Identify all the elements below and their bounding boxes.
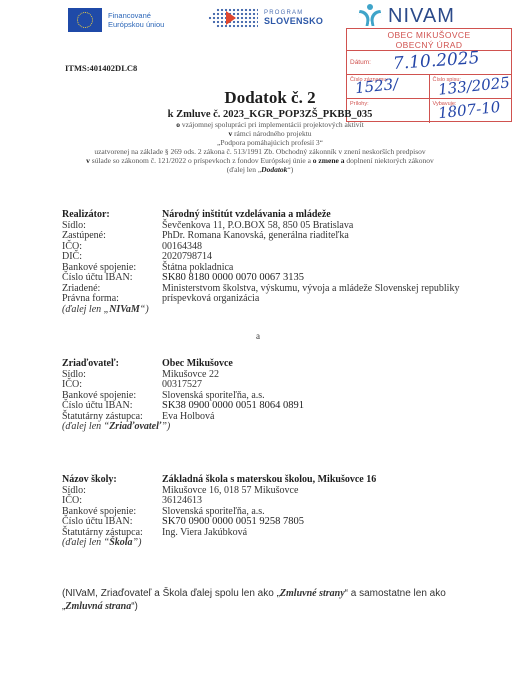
party-row: DIČ:2020798714 [62,252,459,263]
party-row-value: 2020798714 [162,252,212,263]
title-line-2: v rámci národného projektu [20,129,520,138]
party-row-value: PhDr. Romana Kanovská, generálna riadite… [162,231,349,242]
title-line-4: uzatvorenej na základe § 269 ods. 2 záko… [0,147,520,156]
party-heading-value: Základná škola s materskou školou, Mikuš… [162,475,376,486]
party-row-value: SK80 8180 0000 0070 0067 3135 [162,273,304,284]
eu-funding-logo: Financované Európskou úniou [68,8,164,32]
party-zriadovatel: Zriaďovateľ:Obec Mikušovce Sídlo:Mikušov… [62,359,304,433]
party-row-label: IČO: [62,496,162,507]
eu-flag-icon [68,8,102,32]
party-row: Číslo účtu IBAN:SK80 8180 0000 0070 0067… [62,273,459,284]
party-row: Sídlo:Mikušovce 16, 018 57 Mikušovce [62,486,376,497]
stamp-date-value: 7.10.2025 [392,48,480,74]
party-row-label: Číslo účtu IBAN: [62,401,162,412]
party-alias: (ďalej len “Zriaďovateľ”) [62,422,304,433]
title-line-5: v súlade so zákonom č. 121/2022 o príspe… [0,156,520,165]
program-logo-line2: SLOVENSKO [264,16,323,26]
nivam-logo-text: NIVAM [388,5,455,28]
party-row-value: SK38 0900 0000 0051 8064 0891 [162,401,304,412]
party-row-value: 00317527 [162,380,202,391]
stamp-org-line2: OBECNÝ ÚRAD [347,40,511,50]
party-row: Číslo účtu IBAN:SK38 0900 0000 0051 8064… [62,401,304,412]
party-row-value: Ing. Viera Jakúbková [162,528,247,539]
party-row-label: Číslo účtu IBAN: [62,517,162,528]
party-row: Číslo účtu IBAN:SK70 0900 0000 0051 9258… [62,517,376,528]
party-heading-key: Realizátor: [62,210,162,221]
party-heading-key: Názov školy: [62,475,162,486]
party-row: Právna forma:príspevková organizácia [62,294,459,305]
stamp-date-label: Dátum: [350,59,371,66]
party-heading-value: Národný inštitút vzdelávania a mládeže [162,210,331,221]
conjunction: a [256,331,260,341]
party-alias: (ďalej len „NIVaM“) [62,305,459,316]
party-row-label: Zastúpené: [62,231,162,242]
party-row: Zastúpené:PhDr. Romana Kanovská, generál… [62,231,459,242]
party-row: IČO:36124613 [62,496,376,507]
title-block: Dodatok č. 2 k Zmluve č. 2023_KGR_POP3ZŠ… [0,88,520,174]
party-row-label: Číslo účtu IBAN: [62,273,162,284]
party-row-value: 36124613 [162,496,202,507]
party-row: Zriadené:Ministerstvom školstva, výskumu… [62,284,459,295]
title-line-1: o vzájomnej spolupráci pri implementácii… [20,120,520,129]
party-alias: (ďalej len “Škola”) [62,538,376,549]
title-line-6: (ďalej len „Dodatok“) [0,165,520,174]
party-row-label: Právna forma: [62,294,162,305]
document-subtitle: k Zmluve č. 2023_KGR_POP3ZŠ_PKBB_035 [20,109,520,120]
party-heading-key: Zriaďovateľ: [62,359,162,370]
closing-paragraph: (NIVaM, Zriaďovateľ a Škola ďalej spolu … [62,588,452,613]
party-row-label: IČO: [62,380,162,391]
party-row-label: DIČ: [62,252,162,263]
nivam-figure-icon [356,4,384,28]
stamp-org-line1: OBEC MIKUŠOVCE [347,30,511,40]
party-row-value: príspevková organizácia [162,294,259,305]
program-slovensko-logo: PROGRAM SLOVENSKO [208,8,323,28]
party-heading-value: Obec Mikušovce [162,359,233,370]
party-realizator: Realizátor:Národný inštitút vzdelávania … [62,210,459,315]
program-slovensko-icon [208,8,258,28]
party-row-value: SK70 0900 0000 0051 9258 7805 [162,517,304,528]
title-line-3: „Podpora pomáhajúcich profesií 3“ [20,138,520,147]
eu-logo-line1: Financované [108,11,164,20]
nivam-logo: NIVAM [356,4,455,28]
eu-logo-line2: Európskou úniou [108,20,164,29]
party-row: IČO:00317527 [62,380,304,391]
party-skola: Názov školy:Základná škola s materskou š… [62,475,376,549]
itms-code: ITMS:401402DLC8 [65,63,137,73]
document-title: Dodatok č. 2 [20,88,520,108]
party-row: IČO:00164348 [62,242,459,253]
